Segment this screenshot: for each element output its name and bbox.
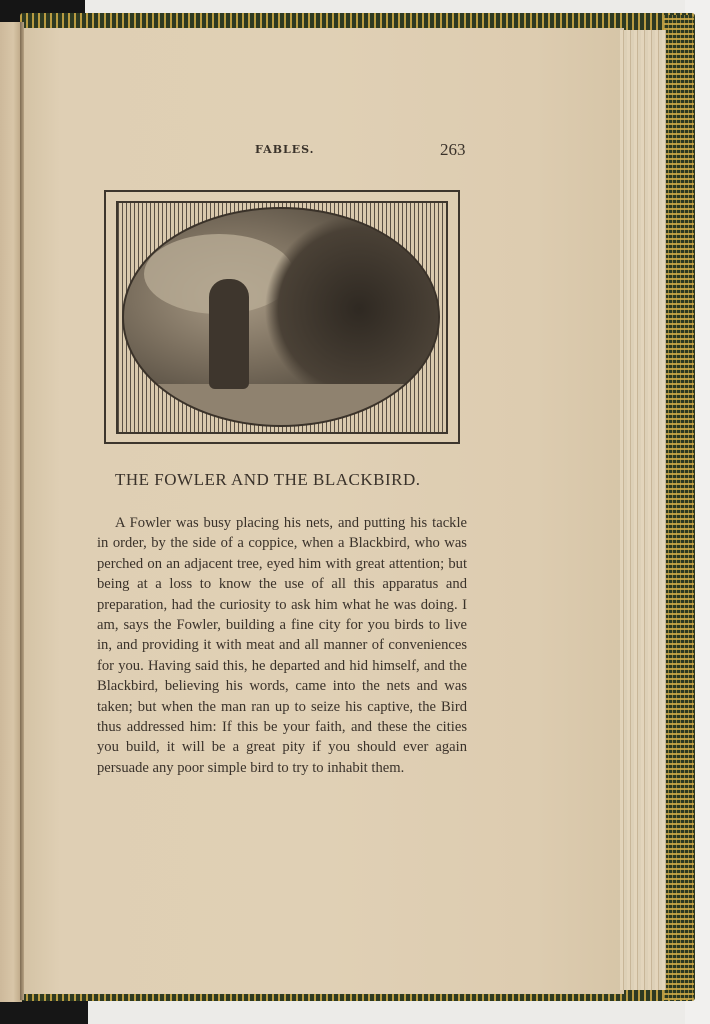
fable-body: A Fowler was busy placing his nets, and … bbox=[97, 513, 467, 778]
fable-title: THE FOWLER AND THE BLACKBIRD. bbox=[115, 470, 421, 490]
page-number: 263 bbox=[440, 140, 466, 160]
engraving-fowler-figure bbox=[209, 279, 249, 389]
facing-page-edge bbox=[0, 22, 22, 1002]
engraving-tree bbox=[264, 214, 440, 404]
engraving-fowler-illustration bbox=[122, 207, 440, 427]
engraving-ground bbox=[124, 384, 440, 427]
running-title: FABLES. bbox=[255, 143, 315, 156]
book-cover-gilt-edge bbox=[664, 15, 694, 1000]
book-page bbox=[24, 28, 624, 994]
fable-paragraph: A Fowler was busy placing his nets, and … bbox=[97, 513, 467, 778]
page-edges bbox=[620, 30, 666, 990]
